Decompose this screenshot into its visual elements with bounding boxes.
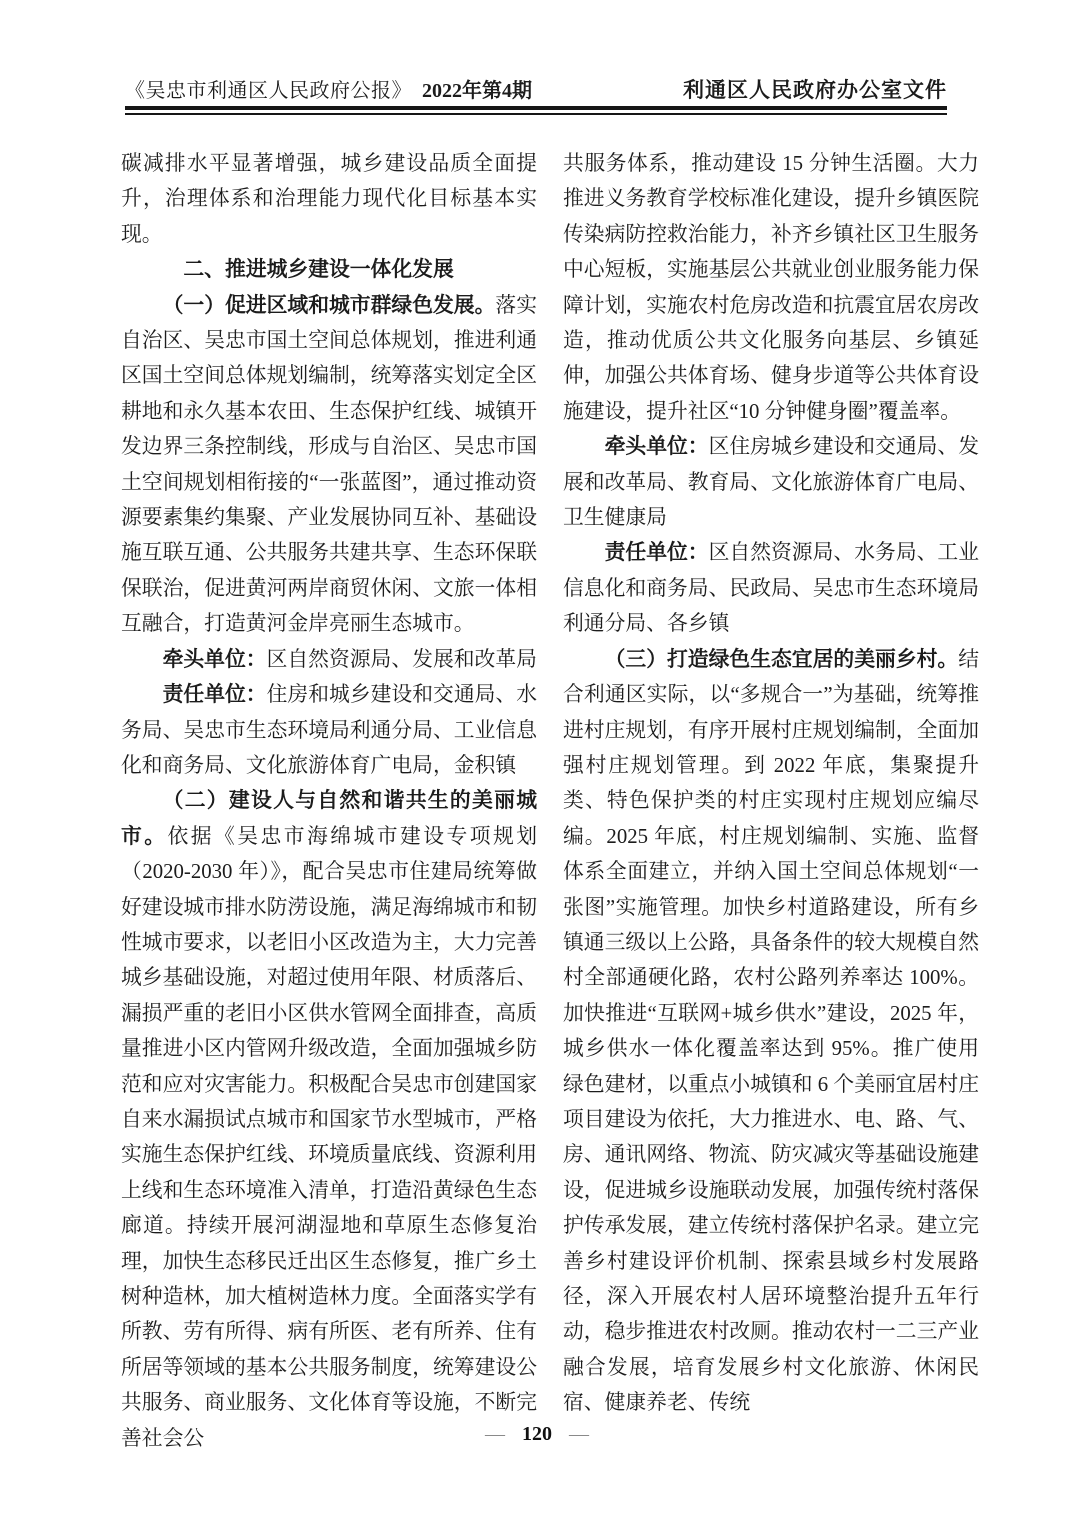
- text-run: 依据《吴忠市海绵城市建设专项规划（2020-2030 年）》，配合吴忠市住建局统…: [121, 825, 537, 1450]
- gazette-page: { "header": { "journal_title": "《吴忠市利通区人…: [0, 0, 1074, 1520]
- section-heading: 二、推进城乡建设一体化发展: [121, 252, 537, 287]
- paragraph: 共服务体系，推动建设 15 分钟生活圈。大力推进义务教育学校标准化建设，提升乡镇…: [563, 146, 979, 429]
- right-column: 共服务体系，推动建设 15 分钟生活圈。大力推进义务教育学校标准化建设，提升乡镇…: [563, 146, 979, 1456]
- page-header: 《吴忠市利通区人民政府公报》2022年第4期 利通区人民政府办公室文件: [125, 74, 947, 104]
- text-run: 碳减排水平显著增强，城乡建设品质全面提升，治理体系和治理能力现代化目标基本实现。: [121, 152, 537, 246]
- bold-run: （三）打造绿色生态宜居的美丽乡村。: [605, 648, 959, 671]
- header-double-rule: [125, 106, 947, 115]
- office-label: 利通区人民政府办公室文件: [683, 74, 947, 104]
- paragraph: 碳减排水平显著增强，城乡建设品质全面提升，治理体系和治理能力现代化目标基本实现。: [121, 146, 537, 252]
- paragraph: （三）打造绿色生态宜居的美丽乡村。结合利通区实际，以“多规合一”为基础，统筹推进…: [563, 642, 979, 1421]
- text-run: 区自然资源局、发展和改革局: [267, 648, 537, 671]
- text-run: 结合利通区实际，以“多规合一”为基础，统筹推进村庄规划，有序开展村庄规划编制，全…: [563, 648, 979, 1415]
- paragraph: 责任单位：区自然资源局、水务局、工业信息化和商务局、民政局、吴忠市生态环境局利通…: [563, 535, 979, 641]
- bold-run: （一）促进区域和城市群绿色发展。: [163, 294, 496, 317]
- paragraph: 责任单位：住房和城乡建设和交通局、水务局、吴忠市生态环境局利通分局、工业信息化和…: [121, 677, 537, 783]
- text-run: 共服务体系，推动建设 15 分钟生活圈。大力推进义务教育学校标准化建设，提升乡镇…: [563, 152, 979, 423]
- bold-run: 责任单位：: [605, 541, 709, 564]
- bold-run: 牵头单位：: [163, 648, 267, 671]
- paragraph: 牵头单位：区自然资源局、发展和改革局: [121, 642, 537, 677]
- issue-label: 2022年第4期: [422, 80, 532, 102]
- paragraph: （二）建设人与自然和谐共生的美丽城市。依据《吴忠市海绵城市建设专项规划（2020…: [121, 783, 537, 1456]
- page-footer: — 120 —: [0, 1420, 1074, 1448]
- journal-title: 《吴忠市利通区人民政府公报》: [125, 80, 412, 102]
- text-run: 落实自治区、吴忠市国土空间总体规划，推进利通区国土空间总体规划编制，统筹落实划定…: [121, 294, 537, 636]
- page-number: 120: [522, 1423, 552, 1445]
- bold-run: 责任单位：: [163, 683, 267, 706]
- footer-dash-right: —: [569, 1423, 589, 1445]
- paragraph: （一）促进区域和城市群绿色发展。落实自治区、吴忠市国土空间总体规划，推进利通区国…: [121, 288, 537, 642]
- paragraph: 牵头单位：区住房城乡建设和交通局、发展和改革局、教育局、文化旅游体育广电局、卫生…: [563, 429, 979, 535]
- bold-run: 二、推进城乡建设一体化发展: [183, 258, 453, 281]
- header-left-group: 《吴忠市利通区人民政府公报》2022年第4期: [125, 74, 532, 103]
- bold-run: 牵头单位：: [605, 435, 709, 458]
- footer-dash-left: —: [485, 1423, 505, 1445]
- content-columns: 碳减排水平显著增强，城乡建设品质全面提升，治理体系和治理能力现代化目标基本实现。…: [121, 146, 979, 1456]
- left-column: 碳减排水平显著增强，城乡建设品质全面提升，治理体系和治理能力现代化目标基本实现。…: [121, 146, 537, 1456]
